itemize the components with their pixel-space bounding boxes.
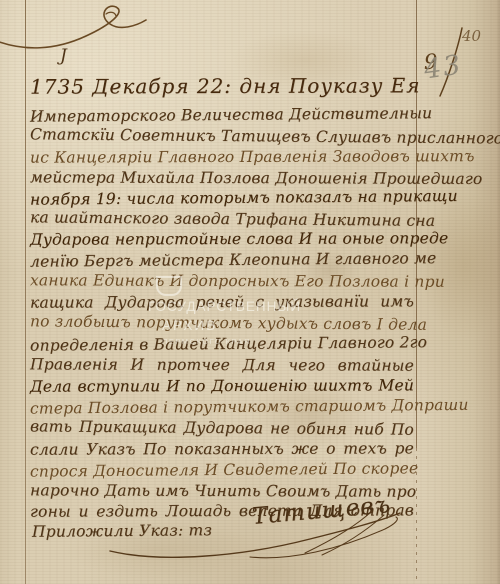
manuscript-line: спрося Доносителя И Свидетелей По скорее [30,459,414,480]
left-margin-rule [25,0,26,584]
manuscript-line: Дударова непристойные слова И на оные оп… [30,229,414,248]
folio-number-pencil: 43 [422,49,464,85]
manuscript-line: ноября 19: числа которымъ показалъ на пр… [30,187,414,208]
manuscript-line: Императорского Величества Действителныи [30,104,414,125]
manuscript-line: ис Канцеляріи Главного Правленія Заводов… [30,147,414,166]
margin-mark: J [60,46,67,66]
manuscript-line: ханика Единакъ И допросныхъ Его Позлова … [30,271,414,290]
manuscript-line: Дела вступили И по Доношенію шихтъ Мей [30,376,414,395]
manuscript-line: ка шайтанского завода Трифана Никитина с… [30,208,414,229]
manuscript-line: ленїю Бергъ мейстера Клеопина И главного… [30,249,414,270]
manuscript-line: Статскїи Советникъ Татищевъ Слушавъ прис… [30,125,414,146]
manuscript-line: по злобышъ порутчикомъ худыхъ словъ І де… [30,312,414,333]
manuscript-line: Приложили Указ: тз [32,521,212,541]
manuscript-line: стера Позлова і порутчикомъ старшомъ Доп… [30,396,414,417]
manuscript-line: кащика Дударова речей с указыванїи имъ [30,292,414,311]
folio-denominator: 40 [462,27,481,45]
manuscript-page: J 9 40 43 1735 Декабря 22: дня Поуказу Е… [0,0,500,584]
manuscript-line: слали Указъ По показанныхъ же о техъ ре [30,439,414,458]
manuscript-line: Правленія И протчее Для чего втайные [30,355,414,374]
manuscript-line: определенія в Вашей Канцеляріи Главного … [30,333,414,354]
manuscript-line: 1735 Декабря 22: дня Поуказу Ея [30,73,414,98]
manuscript-line: мейстера Михайла Позлова Доношенія Проше… [30,168,414,187]
flourish-ornament [0,0,174,60]
manuscript-line: вать Прикащика Дударова не обиня ниб По [30,417,414,438]
